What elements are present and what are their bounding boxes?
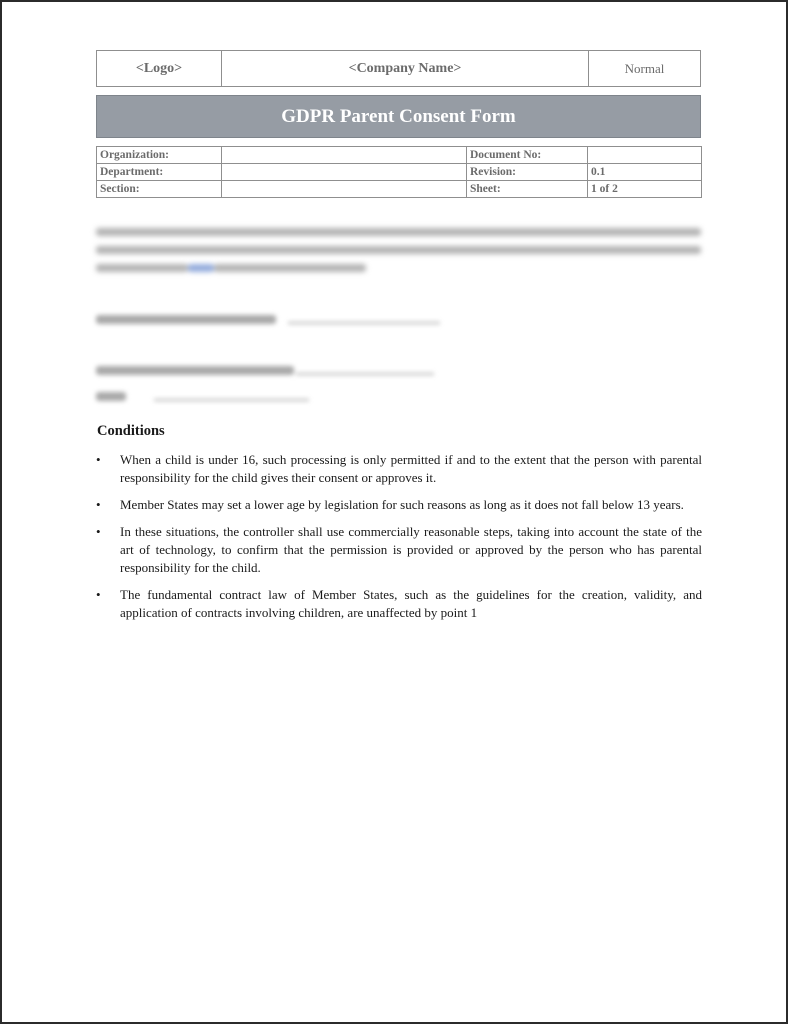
organization-value[interactable] [222,147,467,164]
sheet-value[interactable]: 1 of 2 [588,181,702,198]
blurred-line [214,264,366,272]
blurred-line [96,246,701,254]
bullet-icon: • [96,451,101,469]
list-item: • Member States may set a lower age by l… [96,496,702,514]
condition-text: Member States may set a lower age by leg… [120,497,684,512]
witness-signature-line[interactable] [296,372,434,375]
organization-label: Organization: [97,147,222,164]
bullet-icon: • [96,523,101,541]
date-label [96,392,126,401]
section-label: Section: [97,181,222,198]
conditions-heading: Conditions [97,423,165,440]
blurred-line [96,228,701,236]
date-field [96,392,309,401]
sheet-label: Sheet: [467,181,588,198]
form-title: GDPR Parent Consent Form [96,95,701,138]
company-name: <Company Name> [222,51,589,86]
list-item: • When a child is under 16, such process… [96,451,702,487]
condition-text: The fundamental contract law of Member S… [120,587,702,620]
logo-placeholder: <Logo> [97,51,222,86]
witness-signature-field [96,366,434,375]
bullet-icon: • [96,586,101,604]
list-item: • In these situations, the controller sh… [96,523,702,577]
list-item: • The fundamental contract law of Member… [96,586,702,622]
blurred-link [188,264,214,272]
signed-by-field [96,315,440,324]
document-page: <Logo> <Company Name> Normal GDPR Parent… [0,0,788,1024]
blurred-consent-paragraph [96,228,701,282]
conditions-list: • When a child is under 16, such process… [96,451,702,631]
condition-text: When a child is under 16, such processin… [120,452,702,485]
document-no-value[interactable] [588,147,702,164]
status-label: Normal [589,51,700,86]
condition-text: In these situations, the controller shal… [120,524,702,575]
signed-by-label [96,315,276,324]
date-line[interactable] [154,398,309,401]
department-value[interactable] [222,164,467,181]
revision-label: Revision: [467,164,588,181]
document-no-label: Document No: [467,147,588,164]
blurred-line [96,264,188,272]
department-label: Department: [97,164,222,181]
signed-by-line[interactable] [288,321,440,324]
document-info-table: Organization: Document No: Department: R… [96,146,702,198]
bullet-icon: • [96,496,101,514]
revision-value[interactable]: 0.1 [588,164,702,181]
table-row: Department: Revision: 0.1 [97,164,702,181]
document-header: <Logo> <Company Name> Normal [96,50,701,87]
witness-signature-label [96,366,294,375]
table-row: Section: Sheet: 1 of 2 [97,181,702,198]
section-value[interactable] [222,181,467,198]
table-row: Organization: Document No: [97,147,702,164]
